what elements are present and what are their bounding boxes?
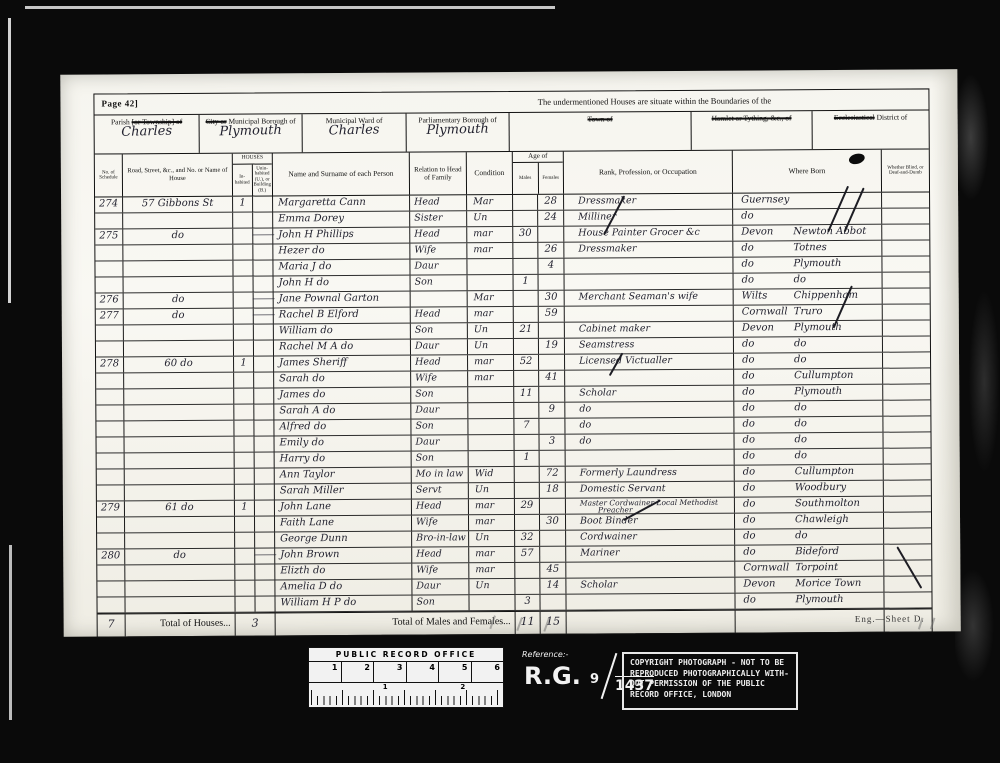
cell-inhabited [235,469,255,484]
cell-inhabited [235,581,255,596]
cell-schedule [97,517,125,532]
cell-relation: Head [412,547,469,562]
cell-born: dodo [734,401,883,417]
cell-relation: Head [411,355,468,370]
born-place: do [795,449,808,464]
cell-schedule: 275 [95,229,123,244]
born-county: do [742,337,794,352]
cell-age-female [540,451,566,466]
cell-whether [883,384,930,399]
cell-whether [884,528,931,543]
cell-name: John Brown [275,548,412,564]
cell-uninhabited [254,276,274,291]
cell-age-male: 30 [513,227,538,242]
cell-whether [883,288,930,303]
district-label: Town of [510,115,691,124]
cell-age-female: 41 [539,371,565,386]
cell-relation [411,291,468,306]
cell-age-male [513,243,538,258]
cell-occupation: Scholar [566,578,735,594]
cell-name: Ann Taylor [275,468,412,484]
cell-age-female: 26 [538,243,564,258]
totals-houses-value: 3 [236,613,276,635]
born-county: do [741,209,793,224]
cell-name: Emma Dorey [273,212,410,228]
district-label-part: Town of [587,114,612,123]
cell-condition: mar [468,355,514,370]
cell-occupation: Boot Binder [566,514,735,530]
cell-born: dodo [735,529,884,545]
cell-road [125,581,235,597]
cell-schedule [96,325,124,340]
film-texture [955,0,1000,763]
born-county: do [743,449,795,464]
cell-whether [884,448,931,463]
born-place: Totnes [793,241,827,256]
cell-condition [468,403,514,418]
cell-age-male [514,307,539,322]
born-county: do [742,273,794,288]
cell-whether [884,512,931,527]
cell-condition: Un [468,323,514,338]
cell-relation: Son [411,387,468,402]
cell-occupation: Dressmaker [564,194,733,210]
born-county: do [743,593,795,608]
cell-occupation: House Painter Grocer &c [564,226,733,242]
cell-whether [884,592,931,607]
cell-name: James Sheriff [274,356,411,372]
cell-age-female [540,499,566,514]
cell-whether [882,256,929,271]
cell-occupation: Licensed Victualler [565,354,734,370]
cell-name: Sarah Miller [275,484,412,500]
born-county: do [741,241,793,256]
cell-relation: Head [411,307,468,322]
cell-uninhabited [254,404,274,419]
cell-age-female: 30 [539,291,565,306]
cell-inhabited [235,453,255,468]
cell-age-male: 1 [514,275,539,290]
cell-schedule: 277 [96,309,124,324]
district-cell: Parish [or Township] ofCharles [95,115,200,154]
born-county: do [743,481,795,496]
cell-born: WiltsChippenham [734,289,883,305]
cell-relation: Daur [412,579,469,594]
district-cell: Hamlet or Tything, &c., of [692,111,813,150]
cell-relation: Head [412,499,469,514]
cell-age-male: 3 [515,595,540,610]
cell-name: Jane Pownal Garton [274,292,411,308]
born-county: do [742,385,794,400]
cell-condition: Un [468,339,514,354]
cell-age-male [514,403,539,418]
cell-schedule: 278 [96,357,124,372]
born-county: do [742,353,794,368]
cell-uninhabited: — [255,548,275,563]
page-number: Page 42] [101,98,138,108]
cell-relation: Son [411,323,468,338]
cell-schedule [96,341,124,356]
cell-road [125,565,235,581]
cell-relation: Daur [410,259,467,274]
inch-segment: 5 [439,662,472,682]
born-county: Devon [741,225,793,240]
cell-road [125,597,235,613]
cell-uninhabited: — [254,308,274,323]
cell-occupation [566,594,735,610]
cell-whether [882,224,929,239]
cell-whether [884,544,931,559]
col-age-title: Age of [513,152,563,163]
col-born-label: Where Born [734,167,880,176]
cell-occupation [565,370,734,386]
born-county: Devon [742,321,794,336]
born-place: do [794,353,807,368]
cell-name: Rachel B Elford [274,308,411,324]
cell-name: William H P do [275,596,412,612]
column-header-row: No. of Schedule Road, Street, &c., and N… [95,149,929,197]
born-county: do [742,417,794,432]
cell-age-female: 30 [540,515,566,530]
cell-name: Rachel M A do [274,340,411,356]
cell-road [124,389,234,405]
copyright-line: RECORD OFFICE, LONDON [630,690,796,701]
cell-condition: mar [469,515,515,530]
cell-age-male: 21 [514,323,539,338]
cell-inhabited: 1 [233,197,253,212]
reference-stamp: Reference:- R.G. 9 1437 [512,646,630,710]
cell-inhabited [234,277,254,292]
cell-age-male: 52 [514,355,539,370]
cell-road [123,245,233,261]
cell-born: doCullumpton [734,369,883,385]
cell-schedule [97,453,125,468]
col-road: Road, Street, &c., and No. or Name of Ho… [123,154,233,197]
ink-blot [848,152,866,166]
cell-uninhabited [255,564,275,579]
cell-road: do [123,229,233,245]
cell-age-male [515,467,540,482]
born-county: Wilts [742,289,794,304]
ditto-dash: — [251,308,275,322]
cell-name: William do [274,324,411,340]
cell-born: dodo [734,337,883,353]
cell-age-female [539,355,565,370]
inch-segment: 1 [309,662,342,682]
cell-name: Sarah A do [274,404,411,420]
cell-name: Elizth do [275,564,412,580]
cell-age-male [513,211,538,226]
cell-schedule [97,565,125,580]
cell-born: doPlymouth [734,385,883,401]
cell-name: Harry do [275,452,412,468]
cell-occupation: Mariner [566,546,735,562]
cell-uninhabited [255,580,275,595]
cell-inhabited [235,517,255,532]
cell-road: do [124,293,234,309]
microfilm-scan: Page 42] The undermentioned Houses are s… [0,0,1000,763]
cell-age-female: 9 [539,403,565,418]
totals-persons-label: Total of Males and Females... [276,612,516,635]
totals-blank-occ [567,611,736,634]
cell-relation: Head [410,195,467,210]
cell-occupation: do [565,402,734,418]
cell-schedule [96,277,124,292]
cell-road [125,453,235,469]
cell-condition [469,435,515,450]
cell-occupation: Cordwainer [566,530,735,546]
cell-road [125,533,235,549]
cell-age-female [540,595,566,610]
cell-name: Alfred do [274,420,411,436]
born-county: do [742,433,794,448]
cell-condition [468,419,514,434]
cell-road [124,373,234,389]
cell-schedule: 280 [97,549,125,564]
cell-occupation: Merchant Seaman's wife [565,290,734,306]
born-county: do [743,465,795,480]
district-value-handwritten: Plymouth [407,125,509,135]
cell-road [123,261,233,277]
cell-uninhabited [255,436,275,451]
born-place: do [794,273,807,288]
born-place: Morice Town [795,577,861,592]
cell-inhabited: 1 [234,357,254,372]
cell-condition [469,595,515,610]
cell-whether [882,192,929,207]
col-inhabited: In-habited [233,165,253,196]
cell-road [123,213,233,229]
col-name: Name and Surname of each Person [273,153,410,196]
cell-age-female [538,227,564,242]
cell-name: Amelia D do [275,580,412,596]
cell-occupation: Cabinet maker [565,322,734,338]
cell-uninhabited [255,532,275,547]
cell-whether [883,304,930,319]
cell-inhabited [235,485,255,500]
cell-road [124,325,234,341]
copyright-line: OUT PERMISSION OF THE PUBLIC [630,679,796,690]
cell-relation: Wife [411,371,468,386]
cell-condition: mar [467,243,513,258]
cell-road [124,341,234,357]
col-uninhabited: Unin-habited (U.), or Building (B.) [252,164,272,195]
cell-uninhabited [254,324,274,339]
cell-uninhabited [255,452,275,467]
cell-schedule [96,373,124,388]
cell-born: do [733,209,882,225]
cell-condition [469,451,515,466]
cell-inhabited [233,261,253,276]
cell-age-male: 1 [515,451,540,466]
cell-schedule [95,245,123,260]
cell-age-male [514,339,539,354]
cell-whether [883,416,930,431]
cell-age-male: 29 [515,499,540,514]
cell-whether [884,496,931,511]
born-place: Plymouth [793,257,841,272]
cell-age-male [515,563,540,578]
cell-relation: Wife [412,563,469,578]
col-occupation: Rank, Profession, or Occupation [564,151,733,194]
cell-inhabited [234,405,254,420]
cell-born: doPlymouth [733,257,882,273]
cell-uninhabited [254,356,274,371]
cell-age-male: 7 [514,419,539,434]
district-label-part: District of [875,113,908,122]
cell-whether [884,576,931,591]
cell-inhabited [234,325,254,340]
cell-uninhabited [255,484,275,499]
inch-segment: 6 [472,662,504,682]
cell-uninhabited [255,596,275,611]
cell-condition: Mar [467,195,513,210]
born-county: Devon [743,577,795,592]
census-table: Page 42] The undermentioned Houses are s… [93,88,932,637]
cell-name: John H Phillips [273,228,410,244]
cell-relation: Wife [412,515,469,530]
cell-occupation: do [565,418,734,434]
born-county: do [741,257,793,272]
cell-born: DevonNewton Abbot [733,225,882,241]
reference-piece: 9 [590,672,599,687]
cell-relation: Mo in law [412,467,469,482]
cell-born: CornwallTorpoint [735,561,884,577]
cell-born: dodo [734,417,883,433]
cell-age-male: 11 [514,387,539,402]
cell-condition: Mar [468,291,514,306]
cell-inhabited [235,565,255,580]
district-label: Hamlet or Tything, &c., of [692,114,812,123]
cell-uninhabited [254,340,274,355]
col-age-females: Females [538,163,563,194]
born-county: do [743,529,795,544]
cell-whether [884,480,931,495]
cell-age-female [539,387,565,402]
ditto-dash: — [251,292,275,306]
cell-schedule: 274 [95,197,123,212]
cell-inhabited [234,389,254,404]
cell-occupation: Dressmaker [564,242,733,258]
cell-schedule [96,421,124,436]
cell-relation: Son [411,419,468,434]
cell-schedule: 279 [97,501,125,516]
cell-schedule [95,213,123,228]
cell-born: dodo [734,273,883,289]
cell-occupation [564,258,733,274]
cell-schedule [97,485,125,500]
inch-segment: 3 [374,662,407,682]
born-place: do [794,433,807,448]
cell-road [125,469,235,485]
cell-born: doCullumpton [735,465,884,481]
cell-schedule: 276 [96,293,124,308]
cell-age-female: 4 [538,259,564,274]
totals-houses-label: Total of Houses... [126,614,236,637]
ruler-minor-ticks [311,696,501,705]
cell-inhabited [235,533,255,548]
cell-road: 57 Gibbons St [123,197,233,213]
inch-segment: 2 [342,662,375,682]
cell-occupation [566,562,735,578]
cell-condition: Un [469,483,515,498]
cell-condition [467,259,513,274]
district-value-handwritten: Charles [95,127,199,137]
cell-relation: Head [410,227,467,242]
cell-occupation: Domestic Servant [566,482,735,498]
pro-stamp-ruler: 1 2 [309,683,503,707]
cell-age-female [540,547,566,562]
cell-whether [882,240,929,255]
cell-age-male [514,371,539,386]
cell-inhabited [234,373,254,388]
cell-age-female: 14 [540,579,566,594]
col-relation: Relation to Head of Family [410,152,467,194]
cell-schedule [97,437,125,452]
district-value-handwritten: Plymouth [200,126,302,136]
cell-whether [883,320,930,335]
cell-relation: Servt [412,483,469,498]
cell-born: doChawleigh [735,513,884,529]
cell-name: Maria J do [273,260,410,276]
col-age: Age of Males Females [513,152,564,194]
born-place: do [794,401,807,416]
born-place: Torpoint [795,561,838,576]
cell-name: Hezer do [273,244,410,260]
cell-age-female [539,323,565,338]
district-value-handwritten: Charles [303,126,406,136]
born-county: do [743,497,795,512]
copyright-line: REPRODUCED PHOTOGRAPHICALLY WITH- [630,669,796,680]
cell-age-male: 32 [515,531,540,546]
cell-relation: Daur [412,435,469,450]
cell-uninhabited [255,516,275,531]
col-age-males: Males [513,163,539,194]
public-record-office-stamp: PUBLIC RECORD OFFICE 123456 1 2 [308,647,504,708]
cell-name: Faith Lane [275,516,412,532]
cell-schedule [96,405,124,420]
cell-schedule [97,533,125,548]
cell-schedule [97,469,125,484]
cell-name: James do [274,388,411,404]
cell-condition: mar [469,547,515,562]
col-houses-title: HOUSES [233,153,272,164]
district-label: Ecclesiastical District of [813,113,929,122]
cell-age-male [515,435,540,450]
district-label-part: Ecclesiastical [834,113,875,122]
cell-relation: Wife [410,243,467,258]
film-edge-top [25,6,555,9]
cell-whether [883,400,930,415]
pro-stamp-title: PUBLIC RECORD OFFICE [309,648,503,662]
cell-uninhabited [255,468,275,483]
cell-inhabited [233,213,253,228]
reference-series: R.G. [524,662,581,690]
cell-condition: mar [468,371,514,386]
col-condition: Condition [467,152,513,194]
cell-age-female: 19 [539,339,565,354]
born-place: Woodbury [795,481,846,496]
cell-relation: Sister [410,211,467,226]
cell-age-female: 45 [540,563,566,578]
born-place: Southmolton [795,497,860,512]
cell-name: Emily do [275,436,412,452]
cell-occupation [565,306,734,322]
cell-uninhabited [254,420,274,435]
cell-inhabited [235,597,255,612]
cell-condition: mar [469,499,515,514]
film-edge-left-upper [8,18,11,303]
